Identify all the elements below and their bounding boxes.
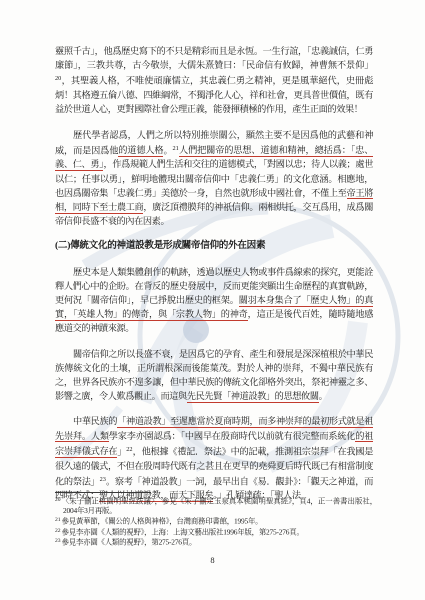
paragraph: 歷代學者認爲，人們之所以特別推崇關公，顯然主要不是因爲他的武藝和神威，而是因爲他… [55, 128, 373, 229]
paragraph: 歷史本是人類集體創作的軌跡，透過以歷史人物或事件爲線索的探究，更能詮釋人們心中的… [55, 265, 373, 336]
footnote-number: 23 [55, 538, 61, 544]
text-run: 中華民族的 [73, 416, 117, 426]
text-run: 靈照千古」，他爲歷史寫下的不只是精彩而且是永恆。一生行誼，「忠義誠信，仁勇廉節」… [55, 46, 373, 70]
paragraph: 靈照千古」，他爲歷史寫下的不只是精彩而且是永恆。一生行誼，「忠義誠信，仁勇廉節」… [55, 44, 373, 117]
page-number: 8 [0, 555, 425, 565]
footnote-number: 21 [55, 517, 61, 523]
paragraph: 關帝信仰之所以長盛不衰，是因爲它的孕育、產生和發展是深深植根於中華民族傳統文化的… [55, 347, 373, 404]
text-run: 。 [319, 391, 328, 401]
footnote-number: 20 [55, 497, 61, 503]
footnote-separator [55, 492, 151, 493]
red-underline-annotation: 的道德人格 [118, 145, 163, 157]
document-page: 靈照千古」，他爲歷史寫下的不只是精彩而且是永恆。一生行誼，「忠義誠信，仁勇廉節」… [0, 0, 425, 600]
footnote-number: 22 [55, 528, 61, 534]
text-run: 。 [163, 145, 172, 155]
text-run: ，作爲規範人們生活和交往的道德模式，「對國以忠；待人以義；處世以仁；任事以勇」，… [55, 159, 373, 197]
paragraph: 中華民族的「神道設教」至遲應當於夏商時期，而多神崇拜的最初形式就是祖先崇拜。人類… [55, 414, 373, 502]
footnote: 23參見李亦園《人類的視野》，第275-276頁。 [55, 537, 377, 547]
red-underline-annotation: 先民先賢「神道設教」的思想攸關 [187, 391, 319, 403]
footnote: 22參見李亦園《人類的視野》，上海：上海文藝出版社1996年版，第275-276… [55, 527, 377, 537]
footnote-ref: 21 [173, 145, 179, 152]
body-text: 靈照千古」，他爲歷史寫下的不只是精彩而且是永恆。一生行誼，「忠義誠信，仁勇廉節」… [55, 44, 373, 514]
footnotes: 20〈朱子刪正桃園明聖經跋議〉，參見《朱子刪定玉泉真本桃園明聖真經》，頁4，正一… [55, 492, 377, 548]
section-heading: (二)傳統文化的神道設教是形成關帝信仰的外在因素 [55, 239, 373, 253]
footnote: 20〈朱子刪正桃園明聖經跋議〉，參見《朱子刪定玉泉真本桃園明聖真經》，頁4，正一… [55, 496, 377, 516]
footnote-list: 20〈朱子刪正桃園明聖經跋議〉，參見《朱子刪定玉泉真本桃園明聖真經》，頁4，正一… [55, 496, 377, 548]
footnote: 21參見黃華節，《關公的人格與神格》，台灣商務印書館，1995年。 [55, 516, 377, 526]
text-run: ，其聖義人格，不唯使頑廉懦立，其忠義仁勇之精神，更是風華絕代，史冊彪炳！其格遵五… [55, 76, 373, 114]
text-run: 學家李亦園認爲：「中國早在殷商時代以前就有很完整而系統化 [109, 431, 355, 441]
text-run: 」 [117, 446, 126, 456]
